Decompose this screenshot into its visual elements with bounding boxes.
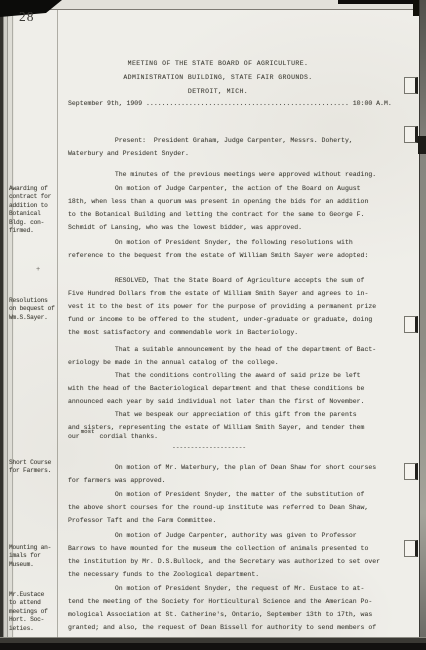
paragraph-conditions: That the conditions controlling the awar… bbox=[68, 369, 400, 408]
line-with-inserted-word: ourmost cordial thanks. bbox=[68, 433, 158, 440]
date-time-line: September 9th, 1909 ....................… bbox=[68, 100, 408, 107]
insert-post-text: cordial thanks. bbox=[96, 433, 158, 440]
paragraph-contract: On motion of Judge Carpenter, the action… bbox=[68, 182, 400, 234]
meeting-city: DETROIT, MICH. bbox=[68, 85, 368, 99]
paragraph-present: Present: President Graham, Judge Carpent… bbox=[68, 134, 400, 160]
margin-note-mounting-animals: Mounting an- imals for Museum. bbox=[9, 544, 57, 569]
scanned-minutes-page: 28 MEETING OF THE STATE BOARD OF AGRICUL… bbox=[0, 0, 426, 650]
paragraph-substitution: On motion of President Snyder, the matte… bbox=[68, 488, 400, 527]
meeting-title: MEETING OF THE STATE BOARD OF AGRICULTUR… bbox=[68, 57, 368, 71]
document-header: MEETING OF THE STATE BOARD OF AGRICULTUR… bbox=[68, 57, 368, 99]
margin-note-sayer-bequest: Resolutions on bequest of Wm.S.Sayer. bbox=[9, 297, 57, 322]
paragraph-eustace: On motion of President Snyder, the reque… bbox=[68, 582, 400, 634]
page-number: 28 bbox=[19, 9, 35, 25]
page-tab-mark bbox=[404, 316, 418, 333]
margin-note-eustace-meetings: Mr.Eustace to attend meetings of Hort. S… bbox=[9, 591, 57, 633]
margin-rule-line bbox=[57, 10, 58, 638]
paragraph-announcement: That a suitable announcement by the head… bbox=[68, 343, 400, 369]
page-tab-mark bbox=[404, 126, 418, 143]
paragraph-resolutions-intro: On motion of President Snyder, the follo… bbox=[68, 236, 400, 262]
binding-edge-ink-blot bbox=[418, 136, 426, 154]
paragraph-resolved: RESOLVED, That the State Board of Agricu… bbox=[68, 274, 400, 339]
scan-bottom-shadow-band bbox=[0, 637, 426, 650]
page-tab-mark bbox=[404, 540, 418, 557]
paragraph-short-courses: On motion of Mr. Waterbury, the plan of … bbox=[68, 461, 400, 487]
margin-note-short-course: Short Course for Farmers. bbox=[9, 459, 57, 476]
paragraph-museum: On motion of Judge Carpenter, authority … bbox=[68, 529, 400, 581]
meeting-building: ADMINISTRATION BUILDING, STATE FAIR GROU… bbox=[68, 71, 368, 85]
margin-note-contract-award: Awarding of contract for addition to Bot… bbox=[9, 185, 57, 235]
paragraph-minutes: The minutes of the previous meetings wer… bbox=[68, 168, 400, 181]
inserted-word-most: most bbox=[81, 428, 95, 435]
page-tab-mark bbox=[404, 77, 418, 94]
paragraph-appreciation: That we bespeak our appreciation of this… bbox=[68, 408, 400, 434]
margin-check-mark: + bbox=[36, 266, 40, 274]
typed-dash-separator: -------------------- bbox=[172, 444, 246, 451]
binding-edge-strip bbox=[419, 0, 426, 642]
page-tab-mark bbox=[404, 463, 418, 480]
page-top-edge-line bbox=[40, 9, 426, 10]
insert-pre-text: our bbox=[68, 433, 80, 440]
